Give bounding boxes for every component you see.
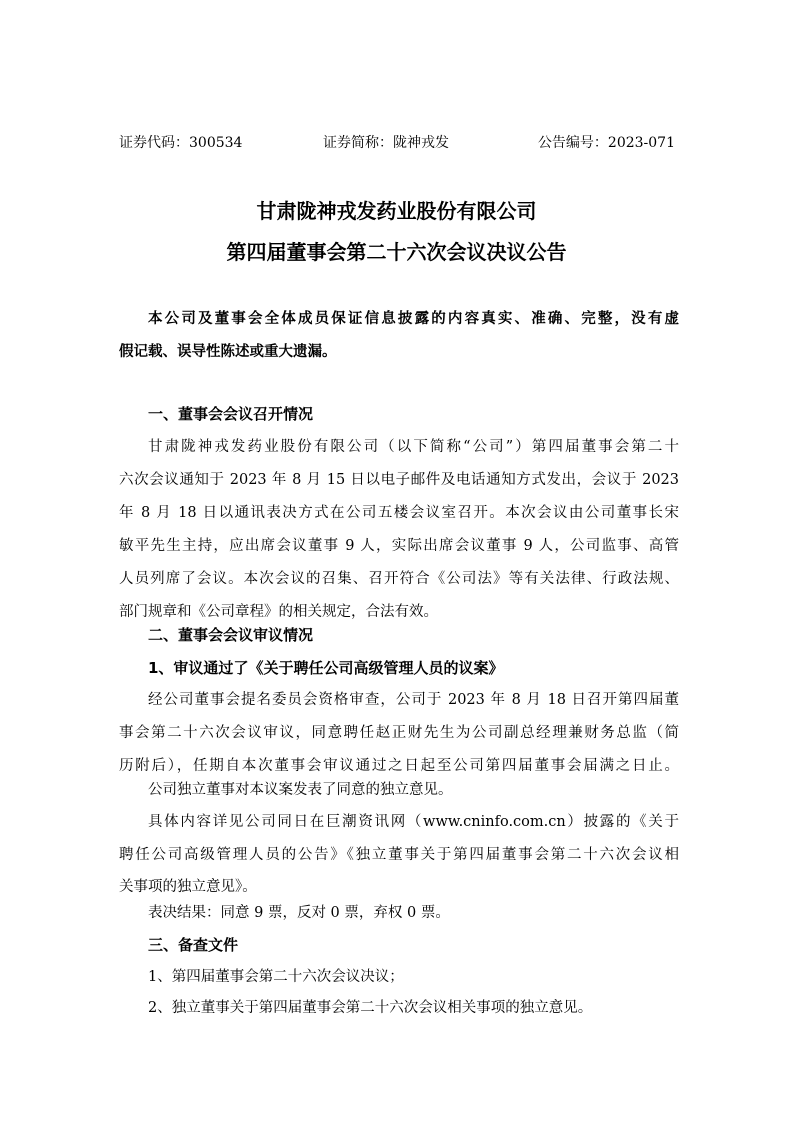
paragraph-line: 部门规章和《公司章程》的相关规定，合法有效。 [119,602,679,622]
announcement-header: 证券代码：300534 证券简称：陇神戎发 公告编号：2023-071 [119,131,675,155]
company-title: 甘肃陇神戎发药业股份有限公司 [0,196,793,226]
reference-document-item: 2、独立董事关于第四届董事会第二十六次会议相关事项的独立意见。 [148,998,679,1018]
paragraph-line: 敏平先生主持，应出席会议董事 9 人，实际出席会议董事 9 人，公司监事、高管 [119,536,679,556]
paragraph-line: 历附后），任期自本次董事会审议通过之日起至公司第四届董事会届满之日止。 [119,756,679,776]
paragraph-line: 事会第二十六次会议审议，同意聘任赵正财先生为公司副总经理兼财务总监（简 [119,723,679,743]
section-heading-deliberation: 二、董事会会议审议情况 [148,625,679,645]
document-page: 证券代码：300534 证券简称：陇神戎发 公告编号：2023-071 甘肃陇神… [0,0,793,1122]
security-code: 证券代码：300534 [119,131,242,155]
section-heading-meeting-convening: 一、董事会会议召开情况 [148,404,679,424]
section-heading-reference-documents: 三、备查文件 [148,935,679,955]
security-short-name: 证券简称：陇神戎发 [323,131,449,155]
independent-opinion-note: 公司独立董事对本议案发表了同意的独立意见。 [148,780,679,800]
statement-line: 本公司及董事会全体成员保证信息披露的内容真实、准确、完整，没有虚 [148,309,679,329]
vote-result: 表决结果：同意 9 票，反对 0 票，弃权 0 票。 [148,903,679,923]
statement-line: 假记载、误导性陈述或重大遗漏。 [119,342,679,362]
paragraph-line: 六次会议通知于 2023 年 8 月 15 日以电子邮件及电话通知方式发出，会议… [119,470,679,490]
paragraph-line: 关事项的独立意见》。 [119,877,679,897]
paragraph-line: 聘任公司高级管理人员的公告》《独立董事关于第四届董事会第二十六次会议相 [119,845,679,865]
announcement-title: 第四届董事会第二十六次会议决议公告 [0,237,793,267]
paragraph-line: 人员列席了会议。本次会议的召集、召开符合《公司法》等有关法律、行政法规、 [119,569,679,589]
proposal-heading: 1、审议通过了《关于聘任公司高级管理人员的议案》 [148,658,679,678]
paragraph-line: 经公司董事会提名委员会资格审查，公司于 2023 年 8 月 18 日召开第四届… [148,690,679,710]
announcement-number: 公告编号：2023-071 [538,131,675,155]
paragraph-line: 年 8 月 18 日以通讯表决方式在公司五楼会议室召开。本次会议由公司董事长宋 [119,503,679,523]
reference-document-item: 1、第四届董事会第二十六次会议决议； [148,967,679,987]
paragraph-line: 具体内容详见公司同日在巨潮资讯网（www.cninfo.com.cn）披露的《关… [148,812,679,832]
paragraph-line: 甘肃陇神戎发药业股份有限公司（以下简称“公司”）第四届董事会第二十 [148,437,679,457]
